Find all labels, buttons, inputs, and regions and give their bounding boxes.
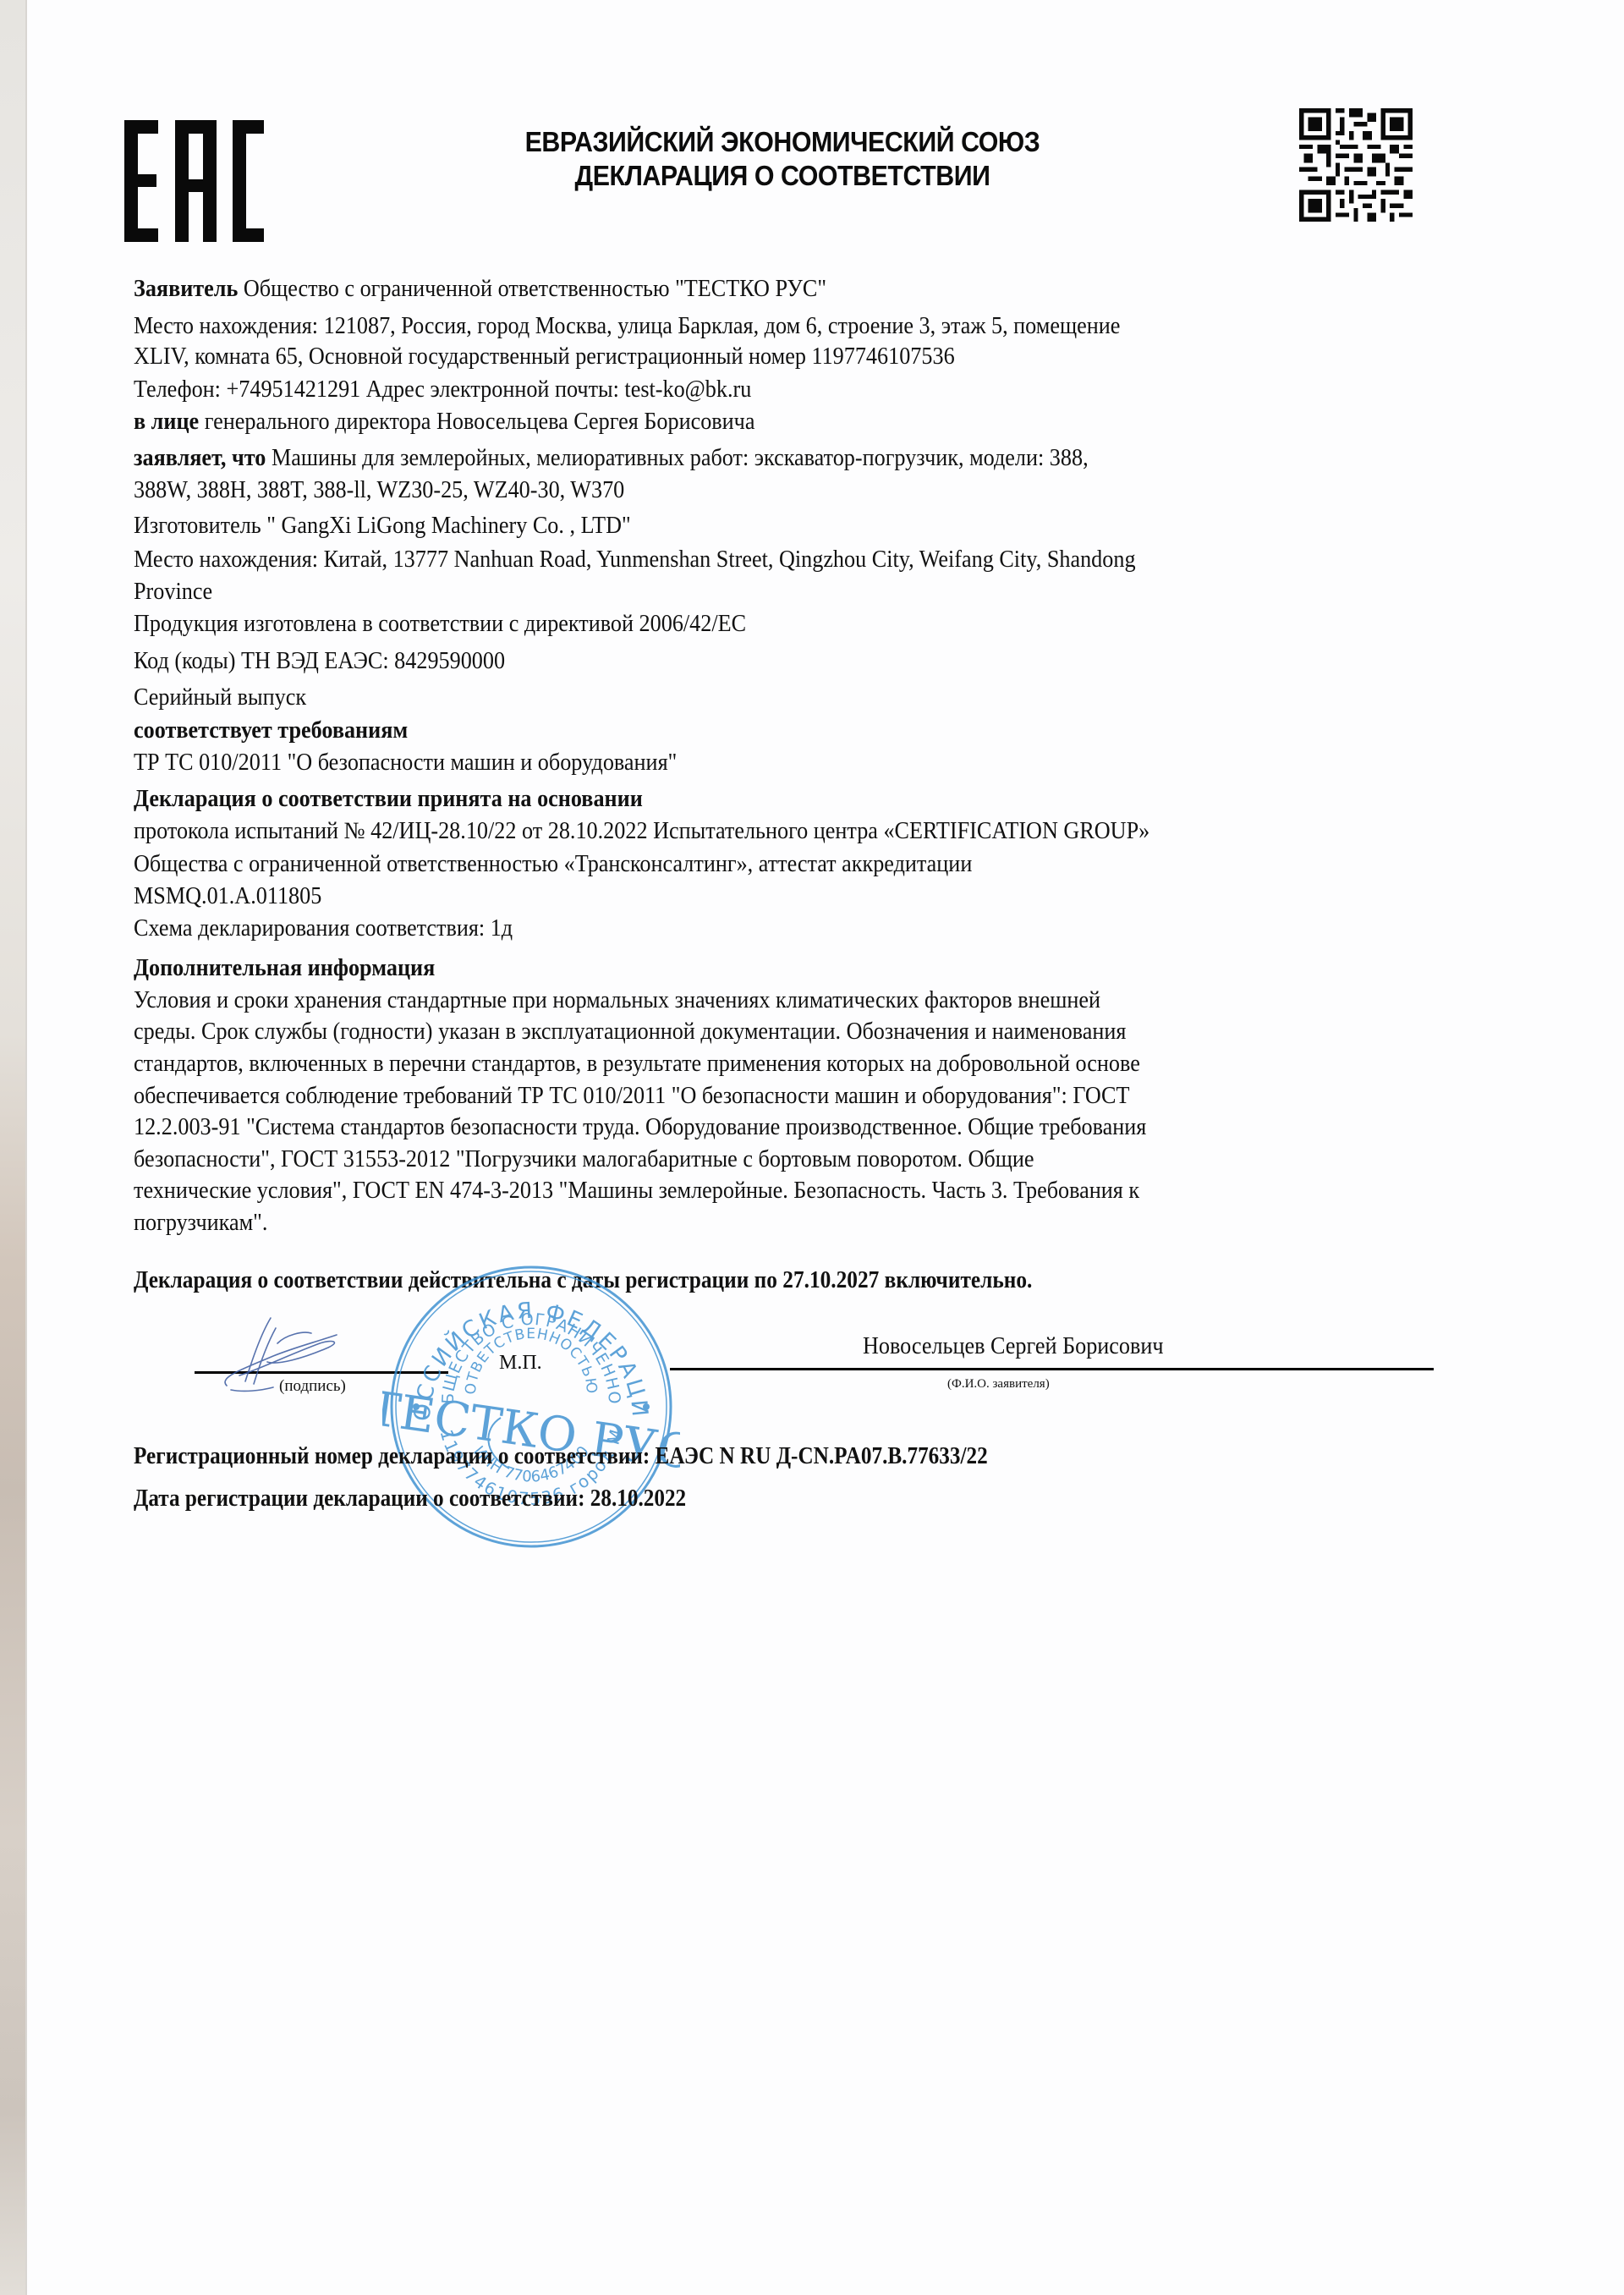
applicant-line: Заявитель Общество с ограниченной ответс… (134, 276, 826, 303)
eac-logo-icon (124, 120, 264, 242)
product-description: Машины для землеройных, мелиоративных ра… (266, 445, 1088, 471)
name-line (670, 1368, 1434, 1370)
accreditation-number: MSMQ.01.A.011805 (134, 883, 321, 910)
additional-info-line: 12.2.003-91 "Система стандартов безопасн… (134, 1114, 1146, 1141)
applicant-label: Заявитель (134, 276, 238, 302)
manufacturer-address-line2: Province (134, 579, 212, 606)
additional-info-line: обеспечивается соблюдение требований ТР … (134, 1083, 1130, 1110)
basis-line1: протокола испытаний № 42/ИЦ-28.10/22 от … (134, 818, 1149, 845)
registration-number: Регистрационный номер декларации о соотв… (134, 1443, 988, 1470)
production-type: Серийный выпуск (134, 684, 306, 711)
name-label: (Ф.И.О. заявителя) (947, 1377, 1050, 1392)
additional-info-line: технические условия", ГОСТ EN 474-3-2013… (134, 1178, 1139, 1205)
declares-label: заявляет, что (134, 445, 266, 471)
declaration-scheme: Схема декларирования соответствия: 1д (134, 915, 513, 942)
additional-info-line: стандартов, включенных в перечни стандар… (134, 1051, 1140, 1078)
signer-name: Новосельцев Сергей Борисович (863, 1333, 1164, 1360)
scan-edge-shadow (0, 0, 25, 2295)
additional-info-line: Условия и сроки хранения стандартные при… (134, 987, 1100, 1014)
additional-info-line: безопасности", ГОСТ 31553-2012 "Погрузчи… (134, 1146, 1034, 1173)
requirements-heading: соответствует требованиям (134, 717, 408, 744)
basis-line2: Общества с ограниченной ответственностью… (134, 851, 972, 878)
union-title: ЕВРАЗИЙСКИЙ ЭКОНОМИЧЕСКИЙ СОЮЗ (374, 125, 1191, 159)
represented-label: в лице (134, 409, 199, 435)
represented-by-line: в лице генерального директора Новосельце… (134, 409, 754, 436)
signature-icon (193, 1309, 362, 1394)
manufacturer-address-line1: Место нахождения: Китай, 13777 Nanhuan R… (134, 546, 1136, 574)
manufacturer: Изготовитель " GangXi LiGong Machinery C… (134, 513, 631, 540)
applicant-contacts: Телефон: +74951421291 Адрес электронной … (134, 376, 751, 404)
regulation: ТР ТС 010/2011 "О безопасности машин и о… (134, 749, 677, 777)
applicant-address-line1: Место нахождения: 121087, Россия, город … (134, 313, 1120, 340)
declares-line: заявляет, что Машины для землеройных, ме… (134, 445, 1089, 472)
registration-date: Дата регистрации декларации о соответств… (134, 1485, 686, 1513)
applicant-name: Общество с ограниченной ответственностью… (238, 276, 826, 302)
directive: Продукция изготовлена в соответствии с д… (134, 611, 746, 638)
product-models: 388W, 388H, 388T, 388-ll, WZ30-25, WZ40-… (134, 477, 624, 504)
applicant-address-line2: XLIV, комната 65, Основной государственн… (134, 343, 955, 371)
additional-info-heading: Дополнительная информация (134, 955, 435, 982)
represented-name: генерального директора Новосельцева Серг… (199, 409, 754, 435)
qr-code-icon (1299, 108, 1413, 222)
additional-info-line: среды. Срок службы (годности) указан в э… (134, 1018, 1126, 1046)
tn-ved-code: Код (коды) ТН ВЭД ЕАЭС: 8429590000 (134, 648, 505, 675)
additional-info-line: погрузчикам". (134, 1210, 267, 1237)
basis-heading: Декларация о соответствии принята на осн… (134, 786, 643, 813)
declaration-title: ДЕКЛАРАЦИЯ О СООТВЕТСТВИИ (374, 159, 1191, 193)
document-header: ЕВРАЗИЙСКИЙ ЭКОНОМИЧЕСКИЙ СОЮЗ ДЕКЛАРАЦИ… (374, 125, 1191, 193)
